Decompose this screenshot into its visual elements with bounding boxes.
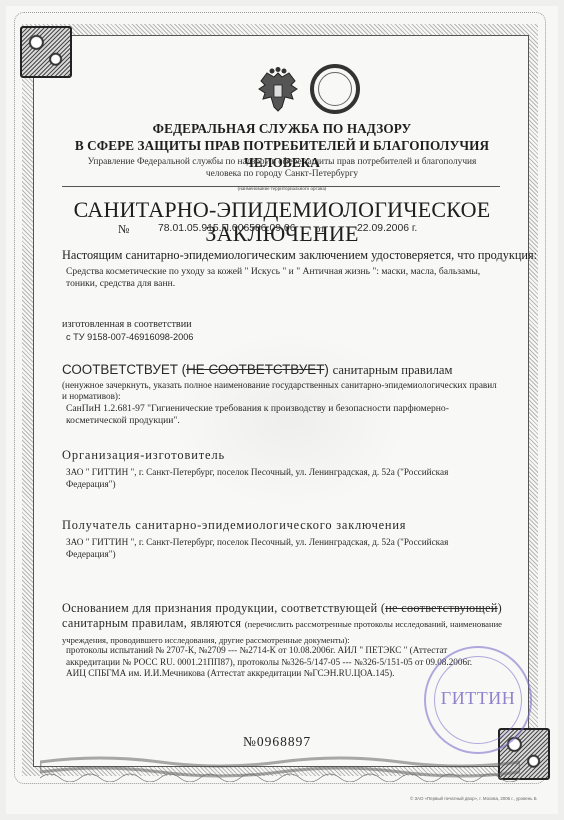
company-stamp-icon: ГИТТИН xyxy=(424,646,532,754)
complies-struck: НЕ СООТВЕТСТВУЕТ xyxy=(186,362,324,377)
test-protocols: протоколы испытаний № 2707-К, №2709 --- … xyxy=(66,645,486,680)
certify-statement: Настоящим санитарно-эпидемиологическим з… xyxy=(62,248,537,263)
compliance-note: (ненужное зачеркнуть, указать полное наи… xyxy=(62,380,502,402)
basis-statement: Основанием для признания продукции, соот… xyxy=(62,601,502,648)
complies-tail: санитарным правилам xyxy=(333,363,453,377)
document-title: САНИТАРНО-ЭПИДЕМИОЛОГИЧЕСКОЕ ЗАКЛЮЧЕНИЕ xyxy=(40,198,524,246)
recipient-value: ЗАО " ГИТТИН ", г. Санкт-Петербург, посе… xyxy=(66,537,496,560)
stamp-text: ГИТТИН xyxy=(426,688,530,709)
certificate-content: ФЕДЕРАЛЬНАЯ СЛУЖБА ПО НАДЗОРУ В СФЕРЕ ЗА… xyxy=(0,0,564,820)
number-label: № xyxy=(118,222,129,237)
made-according-label: изготовленная в соответствии xyxy=(62,319,192,330)
russian-coat-of-arms-icon xyxy=(253,67,303,115)
document-number: 78.01.05.915.П.006586.09.06 xyxy=(158,223,295,234)
complies-main: СООТВЕТСТВУЕТ xyxy=(62,362,178,377)
territorial-caption: (наименование территориального органа) xyxy=(60,187,504,192)
recipient-label: Получатель санитарно-эпидемиологического… xyxy=(62,518,406,533)
guilloche-wave-icon xyxy=(40,754,520,782)
serial-number: №0968897 xyxy=(243,734,311,750)
technical-spec: с ТУ 9158-007-46916098-2006 xyxy=(66,332,193,342)
manufacturer-label: Организация-изготовитель xyxy=(62,448,225,463)
sanitary-rules: СанПиН 1.2.681-97 "Гигиенические требова… xyxy=(66,403,496,426)
document-date: 22.09.2006 г. xyxy=(357,223,417,234)
basis-struck: не соответствующей xyxy=(385,601,497,615)
round-seal-icon xyxy=(310,64,360,114)
date-label: от xyxy=(315,223,325,235)
compliance-statement: СООТВЕТСТВУЕТ (НЕ СООТВЕТСТВУЕТ) санитар… xyxy=(62,362,452,378)
product-description: Средства косметические по уходу за кожей… xyxy=(66,266,496,289)
manufacturer-value: ЗАО " ГИТТИН ", г. Санкт-Петербург, посе… xyxy=(66,467,496,490)
printer-note: © ЗАО «Первый печатный двор», г. Москва,… xyxy=(410,796,537,801)
agency-subtitle: Управление Федеральной службы по надзору… xyxy=(60,156,504,180)
